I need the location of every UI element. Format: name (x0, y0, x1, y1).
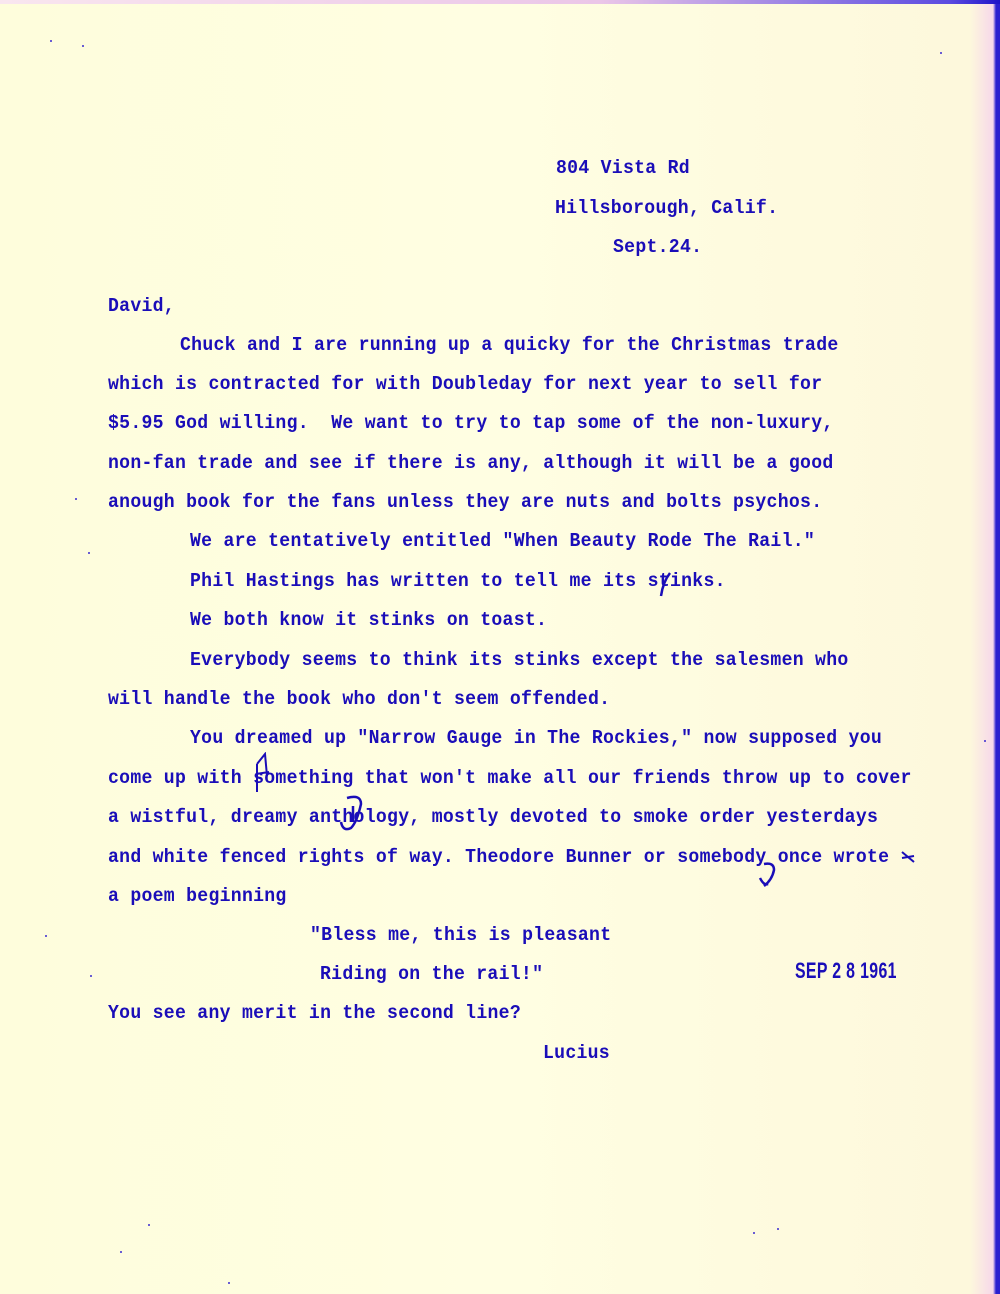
body-line: will handle the book who don't seem offe… (108, 687, 610, 711)
body-line: anough book for the fans unless they are… (108, 490, 822, 514)
address-street: 804 Vista Rd (556, 156, 690, 180)
pen-overstrike-icon (900, 846, 916, 868)
paper-speck (228, 1282, 230, 1284)
paper-speck (984, 740, 986, 742)
body-line: We both know it stinks on toast. (190, 608, 547, 632)
page-top-edge (0, 0, 1000, 4)
letter-page (0, 0, 1000, 1294)
pen-transpose-mark-icon (337, 792, 373, 838)
address-city: Hillsborough, Calif. (555, 196, 778, 220)
paper-speck (940, 52, 942, 54)
body-line: You dreamed up "Narrow Gauge in The Rock… (190, 726, 882, 750)
received-date-stamp: SEP 2 8 1961 (795, 958, 897, 984)
pen-strike-mark-icon (655, 570, 675, 600)
salutation: David, (108, 294, 175, 318)
paper-speck (90, 975, 92, 977)
closing-question: You see any merit in the second line? (108, 1001, 521, 1025)
signature: Lucius (543, 1041, 610, 1065)
body-line: which is contracted for with Doubleday f… (108, 372, 822, 396)
paper-speck (88, 552, 90, 554)
paper-speck (50, 40, 52, 42)
paper-speck (75, 498, 77, 500)
paper-speck (45, 935, 47, 937)
body-line: Phil Hastings has written to tell me its… (190, 569, 726, 593)
pen-insert-mark-icon (253, 752, 275, 794)
body-line: a wistful, dreamy anthology, mostly devo… (108, 805, 878, 829)
paper-speck (120, 1251, 122, 1253)
body-line: $5.95 God willing. We want to try to tap… (108, 411, 834, 435)
body-line: Chuck and I are running up a quicky for … (180, 333, 839, 357)
paper-speck (753, 1232, 755, 1234)
body-line: come up with something that won't make a… (108, 766, 912, 790)
poem-line-2: Riding on the rail!" (320, 962, 543, 986)
letter-date: Sept.24. (613, 235, 702, 259)
body-line: a poem beginning (108, 884, 287, 908)
paper-speck (777, 1228, 779, 1230)
body-line: We are tentatively entitled "When Beauty… (190, 529, 815, 553)
paper-speck (82, 45, 84, 47)
body-line: Everybody seems to think its stinks exce… (190, 648, 849, 672)
pen-close-up-mark-icon (758, 860, 784, 890)
poem-line-1: "Bless me, this is pleasant (310, 923, 611, 947)
paper-speck (148, 1224, 150, 1226)
body-line: non-fan trade and see if there is any, a… (108, 451, 834, 475)
